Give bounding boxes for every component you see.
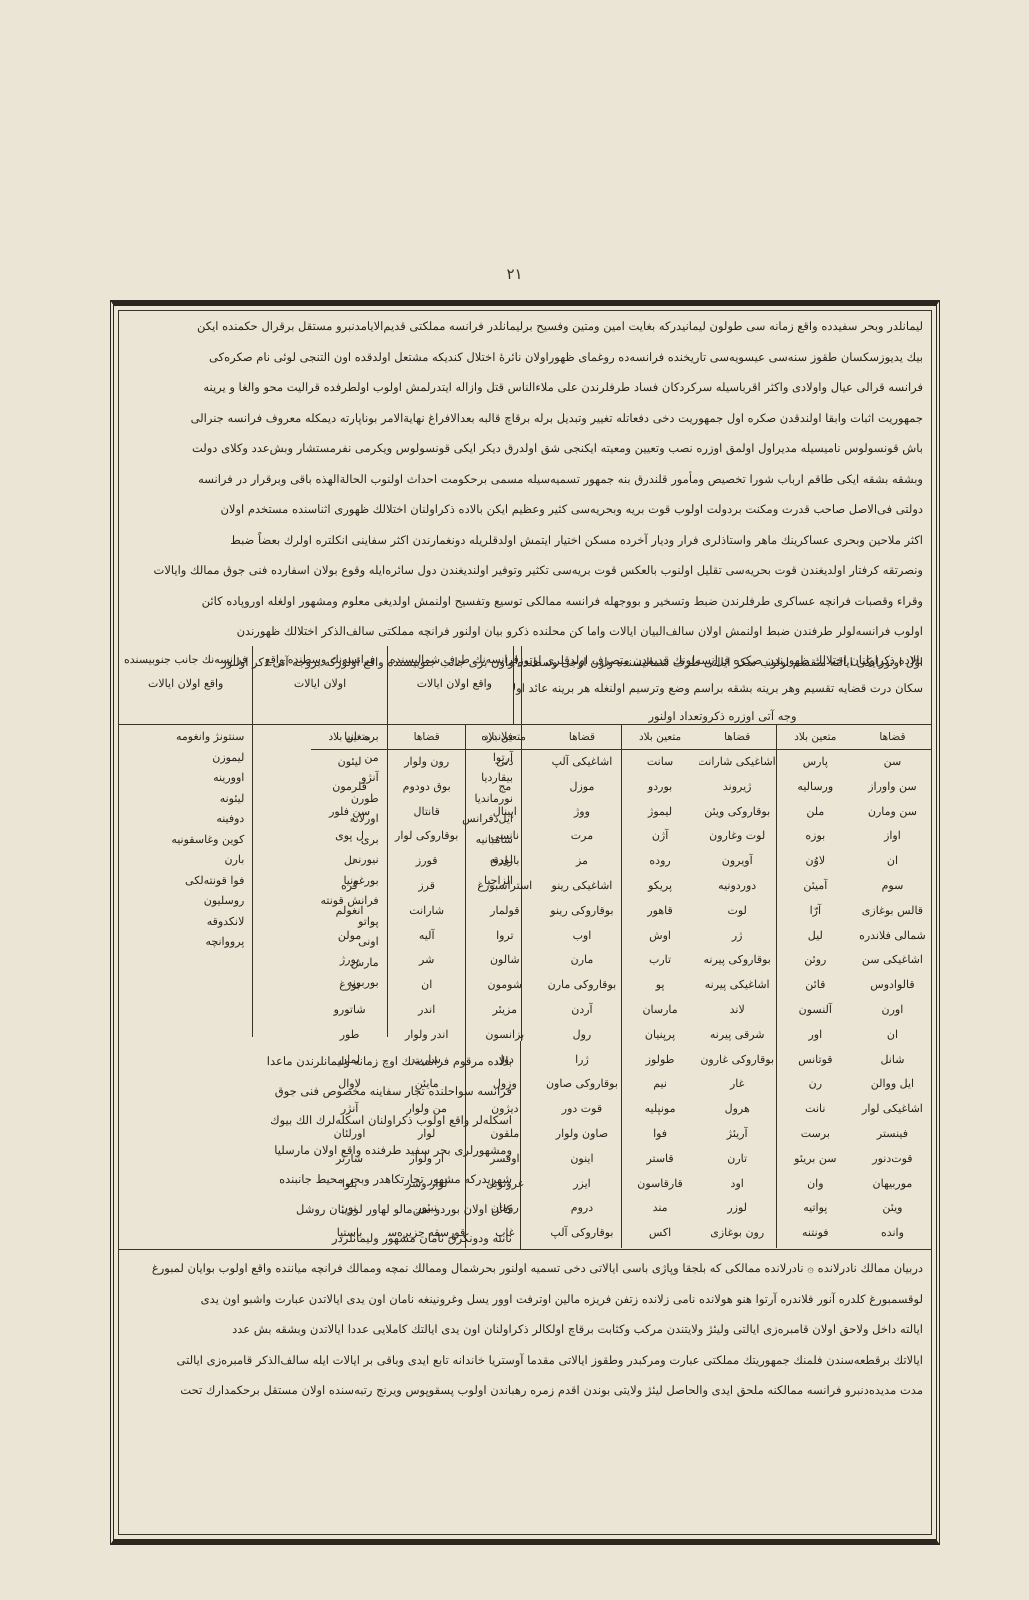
header-north: فرانسه‌نك طرف شمالیسنده واقع اولان ایالا…: [387, 646, 521, 724]
kaza-cell: ویئن: [854, 1196, 931, 1221]
belde-cell: بوزه: [777, 824, 854, 849]
belde-cell: نیئور: [777, 1246, 854, 1248]
page-number: ٢١: [0, 265, 1029, 283]
kaza-cell: شانل: [854, 1048, 931, 1073]
belde-cell: سن فلور: [311, 800, 388, 825]
kaza-cell: آردن: [543, 998, 620, 1023]
belde-cell: آلنسون: [777, 998, 854, 1023]
kaza-cell: رون بوغازی: [699, 1221, 776, 1246]
kaza-cell: سوم: [854, 874, 931, 899]
header-kaza: قضاها: [854, 725, 931, 749]
divider: [119, 1249, 931, 1250]
province: لیئونه: [127, 789, 244, 810]
text-line: ونصرتقه کرفتار اولدیغندن قوت بحریه‌سی تق…: [127, 555, 923, 586]
belde-cell: اوش: [622, 924, 699, 949]
text-line: بالاده مرقوم فرانسه‌نك اوچ زمانه ولیمانل…: [127, 1047, 512, 1077]
belde-cell: بارلدق: [466, 849, 543, 874]
belde-cell: رن: [777, 1072, 854, 1097]
belde-cell: مونپلیه: [622, 1097, 699, 1122]
kaza-cell: لاند: [699, 998, 776, 1023]
kaza-cell: آلیه: [388, 924, 465, 949]
belde-cell: بوردو: [622, 775, 699, 800]
header-belde: متعین بلاد: [466, 725, 543, 749]
belde-column: سانتبوردولیموژآژنرودهپریکوقاهوراوشتاربپو…: [622, 750, 699, 1248]
belde-cell: کره: [311, 874, 388, 899]
belde-cell: سانت: [622, 750, 699, 775]
text-line: لیمانلدر وبحر سفیدده واقع زمانه سی طولون…: [127, 311, 923, 342]
district-group: سنسن واورازسن ومارناوازانسومقالس بوغازیش…: [776, 750, 931, 1248]
belde-cell: قاهور: [622, 899, 699, 924]
text-line: دولتی فی‌الاصل صاحب قدرت ومکنت بردولت او…: [127, 494, 923, 525]
belde-cell: قارقاسون: [622, 1172, 699, 1197]
top-paragraph: لیمانلدر وبحر سفیدده واقع زمانه سی طولون…: [119, 311, 931, 677]
text-line: کائن اولان بوردو سن‌مالو لهاور لوریئان ر…: [127, 1195, 512, 1225]
kaza-cell: اورن: [854, 998, 931, 1023]
kaza-cell: موزل: [543, 775, 620, 800]
kaza-column: اشاغیکی شارانتژیروندبوقاروکی ویئنلوت وغا…: [699, 750, 776, 1248]
kaza-cell: ان: [388, 973, 465, 998]
kaza-cell: اشاغیکی سن: [854, 948, 931, 973]
kaza-cell: اشاغیکی پیرنه: [699, 973, 776, 998]
belde-cell: فونتنه: [777, 1221, 854, 1246]
belde-cell: تارب: [622, 948, 699, 973]
text-line: فرانسه سواحلنده تجار سفاینه مخصوص فنی جو…: [127, 1077, 512, 1107]
text-line: لوقسمبورغ کلدره آنور فلاندره آرتوا هنو ه…: [127, 1284, 923, 1315]
kaza-cell: مارن: [543, 948, 620, 973]
kaza-cell: ووژ: [543, 800, 620, 825]
kaza-cell: هرول: [699, 1097, 776, 1122]
text-line: نانته ودونکرق نامان مشهور ولیمانلردر: [127, 1224, 512, 1249]
south-provinces: سنتونژ وانغومه لیموزن اوورینه لیئونه دوف…: [119, 725, 252, 1037]
kaza-cell: وانده: [854, 1221, 931, 1246]
kaza-cell: فینستر: [854, 1122, 931, 1147]
belde-cell: شومون: [466, 973, 543, 998]
kaza-cell: اشاغیکی رینو: [543, 874, 620, 899]
district-table-header: قضاها متعین بلاد قضاها متعین بلاد قضاها …: [311, 724, 931, 750]
belde-cell: برست: [777, 1122, 854, 1147]
belde-cell: پو: [622, 973, 699, 998]
header-group: قضاها متعین بلاد: [776, 725, 931, 749]
province: لیموزن: [127, 748, 244, 769]
kaza-cell: قالس بوغازی: [854, 899, 931, 924]
kaza-cell: ایکی سور: [854, 1246, 931, 1248]
kaza-cell: اوب: [543, 924, 620, 949]
belde-cell: لیموژ: [622, 800, 699, 825]
kaza-cell: ایزر: [543, 1172, 620, 1197]
belde-cell: بورژ: [311, 948, 388, 973]
kaza-column: اشاغیکی آلپموزلووژمرتمزاشاغیکی رینوبوقار…: [543, 750, 620, 1248]
text-line: اولوب فرانسه‌لولر طرفندن ضبط اولنمش اولا…: [127, 616, 923, 647]
belde-cell: پواتیه: [777, 1196, 854, 1221]
belde-cell: قلرمون: [311, 775, 388, 800]
belde-cell: پرپنیان: [622, 1023, 699, 1048]
header-south: فرانسه‌نك جانب جنوبیسنده واقع اولان ایال…: [119, 646, 252, 724]
kaza-cell: بوقاروکی مارن: [543, 973, 620, 998]
kaza-cell: شمالی فلاندره: [854, 924, 931, 949]
province: کوین وغاسقونیه: [127, 830, 244, 851]
belde-cell: مولن: [311, 924, 388, 949]
kaza-cell: ان: [854, 1023, 931, 1048]
belde-cell: اور: [777, 1023, 854, 1048]
kaza-cell: قرز: [388, 874, 465, 899]
ports-paragraph: بالاده مرقوم فرانسه‌نك اوچ زمانه ولیمانل…: [119, 1041, 521, 1249]
belde-cell: آژن: [622, 824, 699, 849]
kaza-cell: سن ومارن: [854, 800, 931, 825]
kaza-cell: اواز: [854, 824, 931, 849]
kaza-cell: لوت وغارون: [699, 824, 776, 849]
netherlands-paragraph: دربیان ممالك نادرلانده ۞ نادرلانده ممالک…: [119, 1253, 931, 1406]
province: فوا قونته‌لکی: [127, 871, 244, 892]
text-line: بالاده ذکراولنان اختلالك ظهورندن صکره فر…: [522, 646, 923, 674]
page-frame: لیمانلدر وبحر سفیدده واقع زمانه سی طولون…: [110, 300, 940, 1545]
kaza-cell: ژر: [699, 924, 776, 949]
kaza-cell: لوت: [699, 899, 776, 924]
belde-cell: نانت: [777, 1097, 854, 1122]
text-line: ایالاتك برقطعه‌سندن فلمنك جمهوریتك مملکت…: [127, 1345, 923, 1376]
province-table-header: فرانسه‌نك طرف شمالیسنده واقع اولان ایالا…: [119, 646, 521, 725]
kaza-cell: شرقی پیرنه: [699, 1023, 776, 1048]
header-kaza: قضاها: [699, 725, 776, 749]
kaza-cell: صاون ولوار: [543, 1122, 620, 1147]
belde-cell: اپینال: [466, 800, 543, 825]
belde-cell: مزیئر: [466, 998, 543, 1023]
belde-cell: روئن: [777, 948, 854, 973]
kaza-cell: ژیروند: [699, 775, 776, 800]
belde-cell: طولون: [622, 1246, 699, 1248]
kaza-cell: شارانت: [388, 899, 465, 924]
belde-cell: قائن: [777, 973, 854, 998]
belde-cell: شالون: [466, 948, 543, 973]
text-line: دربیان ممالك نادرلانده ۞ نادرلانده ممالک…: [127, 1253, 923, 1284]
kaza-cell: بوقاروکی آلپ: [543, 1221, 620, 1246]
text-line: وجه آتی اوزره ذکروتعداد اولنور: [522, 702, 923, 724]
belde-cell: شاتورو: [311, 998, 388, 1023]
kaza-cell: ژرا: [543, 1048, 620, 1073]
belde-cell: مند: [622, 1196, 699, 1221]
text-line: اکثر ملاحین وبحری عساکرینك ماهر واستاذلر…: [127, 525, 923, 556]
belde-cell: قوتانس: [777, 1048, 854, 1073]
belde-cell: پریکو: [622, 874, 699, 899]
kaza-cell: بوقاروکی غارون: [699, 1048, 776, 1073]
belde-cell: لیئون: [311, 750, 388, 775]
kaza-cell: قوت دور: [543, 1097, 620, 1122]
province: لانکدوقه: [127, 912, 244, 933]
belde-cell: دنی: [466, 750, 543, 775]
belde-cell: تل: [311, 849, 388, 874]
header-group: قضاها متعین بلاد: [465, 725, 620, 749]
header-belde: متعین بلاد: [622, 725, 699, 749]
kaza-cell: لوزر: [699, 1196, 776, 1221]
kaza-cell: بوقاروکی لوار: [388, 824, 465, 849]
kaza-cell: اشاغیکی شارانت: [699, 750, 776, 775]
kaza-cell: شر: [388, 948, 465, 973]
belde-cell: ل پوی: [311, 824, 388, 849]
header-kaza: قضاها: [388, 725, 465, 749]
belde-cell: مج: [466, 775, 543, 800]
header-kaza: قضاها: [543, 725, 620, 749]
belde-cell: ورسالیه: [777, 775, 854, 800]
kaza-cell: تارن: [699, 1147, 776, 1172]
belde-cell: انغولم: [311, 899, 388, 924]
kaza-cell: بوقاروکی ویئن: [699, 800, 776, 825]
kaza-cell: سن واوراز: [854, 775, 931, 800]
header-group: قضاها متعین بلاد: [311, 725, 465, 749]
belde-cell: نیم: [622, 1072, 699, 1097]
belde-cell: آمیئن: [777, 874, 854, 899]
kaza-cell: قورز: [388, 849, 465, 874]
district-intro: بالاده ذکراولنان اختلالك ظهورندن صکره فر…: [513, 646, 931, 724]
belde-cell: تروا: [466, 924, 543, 949]
kaza-cell: مرت: [543, 824, 620, 849]
kaza-column: سنسن واورازسن ومارناوازانسومقالس بوغازیش…: [854, 750, 931, 1248]
text-line: باش قونسولوس نامیسیله مدیراول اولمق اوزر…: [127, 433, 923, 464]
belde-cell: قولمار: [466, 899, 543, 924]
belde-column: پارسورسالیهملنبوزهلاوُنآمیئنآرّالیلروئنق…: [777, 750, 854, 1248]
kaza-cell: موربیهان: [854, 1172, 931, 1197]
text-line: مدت مدیده‌دنبرو فرانسه ممالکنه ملحق ایدی…: [127, 1375, 923, 1406]
kaza-cell: وار: [699, 1246, 776, 1248]
kaza-cell: اندر: [388, 998, 465, 1023]
kaza-cell: اینون: [543, 1147, 620, 1172]
belde-cell: پارس: [777, 750, 854, 775]
kaza-cell: قوت‌دنور: [854, 1147, 931, 1172]
text-line: بیك یدیوزسکسان طقوز سنه‌سی عیسویه‌سی تار…: [127, 342, 923, 373]
belde-cell: لاوُن: [777, 849, 854, 874]
text-line: اسکله‌لر واقع اولوب ذکراولنان اسکله‌لرك …: [127, 1106, 512, 1136]
belde-cell: نانسی: [466, 824, 543, 849]
belde-cell: مارسان: [622, 998, 699, 1023]
text-line: ایالته داخل ولاحق اولان قامبره‌زی ایالتی…: [127, 1314, 923, 1345]
text-line: فرانسه قرالی عیال واولادی واکثر اقرباسیل…: [127, 372, 923, 403]
province: پرووانچه: [127, 932, 244, 953]
text-line: جمهوریت اثبات وابقا اولندقدن صکره اول جم…: [127, 403, 923, 434]
kaza-cell: سن: [854, 750, 931, 775]
belde-cell: اکس: [622, 1221, 699, 1246]
province: بارن: [127, 850, 244, 871]
header-group: قضاها متعین بلاد: [621, 725, 776, 749]
text-line: ومشهورلری بحر سفید طرفنده واقع اولان مار…: [127, 1136, 512, 1166]
kaza-cell: رول: [543, 1023, 620, 1048]
text-line: شهریدرکه مشهور تجارتکاهدر وبحر محیط جانب…: [127, 1165, 512, 1195]
kaza-cell: غار: [699, 1072, 776, 1097]
belde-cell: قاستر: [622, 1147, 699, 1172]
belde-cell: بورغ: [311, 973, 388, 998]
belde-cell: سن بریئو: [777, 1147, 854, 1172]
kaza-cell: دروم: [543, 1196, 620, 1221]
province: سنتونژ وانغومه: [127, 727, 244, 748]
belde-cell: وان: [777, 1172, 854, 1197]
header-belde: متعین بلاد: [311, 725, 388, 749]
kaza-cell: اشاغیکی لوار: [854, 1097, 931, 1122]
kaza-cell: اشاغیکی آلپ: [543, 750, 620, 775]
kaza-cell: آریئژ: [699, 1122, 776, 1147]
kaza-cell: بوقاروکی پیرنه: [699, 948, 776, 973]
belde-cell: استراسبورغ: [466, 874, 543, 899]
page-inner-border: لیمانلدر وبحر سفیدده واقع زمانه سی طولون…: [118, 310, 932, 1535]
province: دوفینه: [127, 809, 244, 830]
kaza-cell: قالوادوس: [854, 973, 931, 998]
kaza-cell: مز: [543, 849, 620, 874]
belde-cell: ملن: [777, 800, 854, 825]
kaza-cell: دوردونیه: [699, 874, 776, 899]
header-belde: متعین بلاد: [777, 725, 854, 749]
kaza-cell: رون ولوار: [388, 750, 465, 775]
kaza-cell: قانتال: [388, 800, 465, 825]
kaza-cell: آویرون: [699, 849, 776, 874]
province: اوورینه: [127, 768, 244, 789]
text-line: وقراء وقصبات فرانچه عساکری طرفلرندن ضبط …: [127, 586, 923, 617]
kaza-cell: آردش: [543, 1246, 620, 1248]
belde-cell: آرّا: [777, 899, 854, 924]
kaza-cell: بوق دودوم: [388, 775, 465, 800]
text-line: سکان درت قضایه تقسیم وهر برینه بشقه براس…: [522, 674, 923, 702]
belde-cell: فوا: [622, 1122, 699, 1147]
kaza-cell: بوقاروکی صاون: [543, 1072, 620, 1097]
kaza-cell: ایل ووالن: [854, 1072, 931, 1097]
belde-cell: لیل: [777, 924, 854, 949]
text-line: وبشقه بشقه ایکی طاقم ارباب شورا تخصیص وم…: [127, 464, 923, 495]
province: روسلیون: [127, 891, 244, 912]
belde-cell: روده: [622, 849, 699, 874]
kaza-cell: بوقاروکی رینو: [543, 899, 620, 924]
kaza-cell: اود: [699, 1172, 776, 1197]
header-middle: فرانسه‌نك وسطنده واقع اولان ایالات: [252, 646, 386, 724]
belde-cell: طولوز: [622, 1048, 699, 1073]
kaza-cell: ان: [854, 849, 931, 874]
district-group: اشاغیکی شارانتژیروندبوقاروکی ویئنلوت وغا…: [621, 750, 776, 1248]
